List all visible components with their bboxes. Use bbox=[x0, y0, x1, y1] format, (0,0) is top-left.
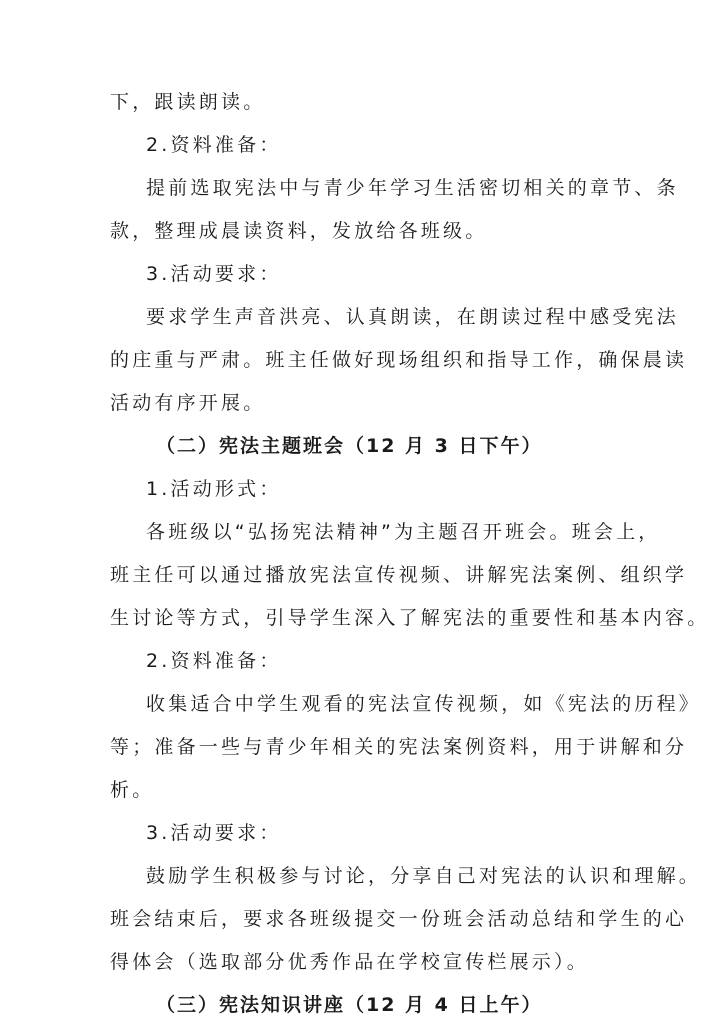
subheading-requirements: 3.活动要求： bbox=[146, 262, 282, 286]
paragraph-line: 析。 bbox=[110, 778, 154, 802]
paragraph-line: 款，整理成晨读资料，发放给各班级。 bbox=[110, 219, 487, 243]
section-heading-lecture: （三）宪法知识讲座（12 月 4 日上午） bbox=[156, 993, 543, 1017]
paragraph-line: 得体会（选取部分优秀作品在学校宣传栏展示）。 bbox=[110, 950, 589, 974]
paragraph-line: 生讨论等方式，引导学生深入了解宪法的重要性和基本内容。 bbox=[110, 606, 709, 630]
section-heading-class-meeting: （二）宪法主题班会（12 月 3 日下午） bbox=[156, 434, 543, 458]
paragraph-line: 等；准备一些与青少年相关的宪法案例资料，用于讲解和分 bbox=[110, 735, 687, 759]
document-page: 下，跟读朗读。 2.资料准备： 提前选取宪法中与青少年学习生活密切相关的章节、条… bbox=[0, 0, 724, 1024]
paragraph-line: 鼓励学生积极参与讨论，分享自己对宪法的认识和理解。 bbox=[146, 864, 701, 888]
paragraph-line: 活动有序开展。 bbox=[110, 391, 265, 415]
subheading-format: 1.活动形式： bbox=[146, 477, 282, 501]
paragraph-line: 提前选取宪法中与青少年学习生活密切相关的章节、条 bbox=[146, 176, 679, 200]
subheading-materials: 2.资料准备： bbox=[146, 649, 282, 673]
paragraph-line: 下，跟读朗读。 bbox=[110, 90, 265, 114]
paragraph-line: 班会结束后，要求各班级提交一份班会活动总结和学生的心 bbox=[110, 907, 687, 931]
paragraph-line: 收集适合中学生观看的宪法宣传视频，如《宪法的历程》 bbox=[146, 692, 701, 716]
subheading-requirements: 3.活动要求： bbox=[146, 821, 282, 845]
paragraph-line: 的庄重与严肃。班主任做好现场组织和指导工作，确保晨读 bbox=[110, 348, 687, 372]
paragraph-line: 班主任可以通过播放宪法宣传视频、讲解宪法案例、组织学 bbox=[110, 563, 687, 587]
paragraph-line: 各班级以“弘扬宪法精神”为主题召开班会。班会上， bbox=[146, 520, 661, 544]
paragraph-line: 要求学生声音洪亮、认真朗读，在朗读过程中感受宪法 bbox=[146, 305, 679, 329]
subheading-materials: 2.资料准备： bbox=[146, 133, 282, 157]
